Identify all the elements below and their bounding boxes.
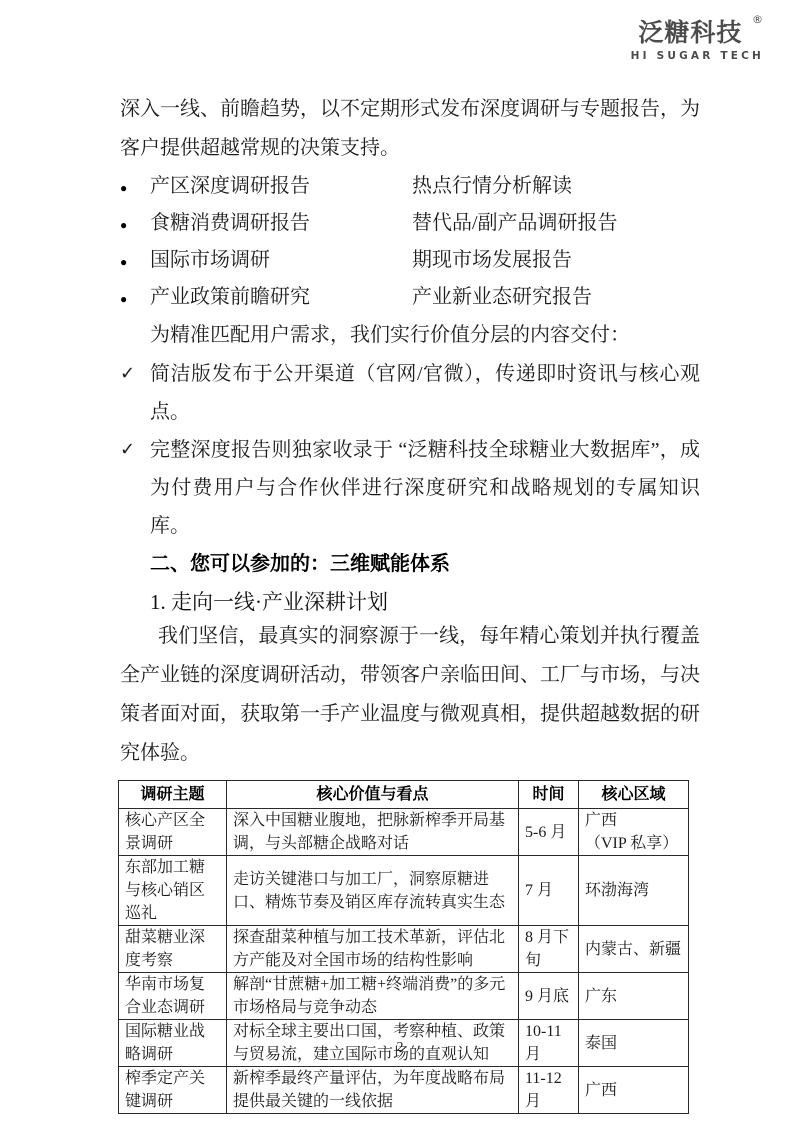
logo-company-name: 泛糖科技 <box>638 18 742 47</box>
list-item: ✓ 完整深度报告则独家收录于 “泛糖科技全球糖业大数据库”，成为付费用户与合作伙… <box>120 431 700 545</box>
registered-trademark-icon: ® <box>752 14 764 25</box>
list-item: ● 产业政策前瞻研究 产业新业态研究报告 <box>120 279 700 316</box>
cell-region: 内蒙古、新疆 <box>579 926 689 973</box>
table-row: 东部加工糖与核心销区巡礼 走访关键港口与加工厂，洞察原糖进口、精炼节奏及销区库存… <box>119 856 689 926</box>
cell-topic: 甜菜糖业深度考察 <box>119 926 227 973</box>
table-row: 华南市场复合业态调研 解剖“甘蔗糖+加工糖+终端消费”的多元市场格局与竞争动态 … <box>119 973 689 1020</box>
cell-value: 走访关键港口与加工厂，洞察原糖进口、精炼节奏及销区库存流转真实生态 <box>227 856 519 926</box>
section-heading: 二、您可以参加的：三维赋能体系 <box>120 549 700 579</box>
list-item: ● 国际市场调研 期现市场发展报告 <box>120 242 700 279</box>
report-type-list: ● 产区深度调研报告 热点行情分析解读 ● 食糖消费调研报告 替代品/副产品调研… <box>120 168 700 316</box>
page-number: 2 <box>0 1040 800 1056</box>
cell-topic: 榨季定产关键调研 <box>119 1067 227 1114</box>
cell-topic: 华南市场复合业态调研 <box>119 973 227 1020</box>
logo-subtitle: HI SUGAR TECH <box>631 50 764 62</box>
table-header-row: 调研主题 核心价值与看点 时间 核心区域 <box>119 781 689 809</box>
column-header-topic: 调研主题 <box>119 781 227 809</box>
report-item-left: 产区深度调研报告 <box>150 168 412 205</box>
program-paragraph: 我们坚信，最真实的洞察源于一线，每年精心策划并执行覆盖全产业链的深度调研活动，带… <box>120 617 700 773</box>
delivery-lead: 为精准匹配用户需求，我们实行价值分层的内容交付： <box>120 316 700 355</box>
cell-region: 环渤海湾 <box>579 856 689 926</box>
subsection-heading: 1. 走向一线·产业深耕计划 <box>120 587 700 617</box>
delivery-item: 完整深度报告则独家收录于 “泛糖科技全球糖业大数据库”，成为付费用户与合作伙伴进… <box>150 431 700 545</box>
column-header-time: 时间 <box>519 781 579 809</box>
report-item-left: 国际市场调研 <box>150 242 412 279</box>
cell-time: 7 月 <box>519 856 579 926</box>
cell-value: 探查甜菜种植与加工技术革新，评估北方产能及对全国市场的结构性影响 <box>227 926 519 973</box>
delivery-list: ✓ 简洁版发布于公开渠道（官网/官微），传递即时资讯与核心观点。 ✓ 完整深度报… <box>120 355 700 545</box>
report-item-right: 期现市场发展报告 <box>412 242 700 279</box>
cell-region: 广西 （VIP 私享） <box>579 809 689 856</box>
report-item-right: 产业新业态研究报告 <box>412 279 700 316</box>
cell-topic: 核心产区全景调研 <box>119 809 227 856</box>
cell-region: 广西 <box>579 1067 689 1114</box>
cell-topic: 东部加工糖与核心销区巡礼 <box>119 856 227 926</box>
table-row: 核心产区全景调研 深入中国糖业腹地，把脉新榨季开局基调，与头部糖企战略对话 5-… <box>119 809 689 856</box>
bullet-icon: ● <box>120 170 150 207</box>
column-header-region: 核心区域 <box>579 781 689 809</box>
cell-region: 广东 <box>579 973 689 1020</box>
report-item-right: 替代品/副产品调研报告 <box>412 205 700 242</box>
report-item-left: 产业政策前瞻研究 <box>150 279 412 316</box>
cell-time: 5-6 月 <box>519 809 579 856</box>
table-row: 甜菜糖业深度考察 探查甜菜种植与加工技术革新，评估北方产能及对全国市场的结构性影… <box>119 926 689 973</box>
check-icon: ✓ <box>120 431 150 545</box>
cell-value: 深入中国糖业腹地，把脉新榨季开局基调，与头部糖企战略对话 <box>227 809 519 856</box>
cell-value: 解剖“甘蔗糖+加工糖+终端消费”的多元市场格局与竞争动态 <box>227 973 519 1020</box>
list-item: ✓ 简洁版发布于公开渠道（官网/官微），传递即时资讯与核心观点。 <box>120 355 700 431</box>
report-item-left: 食糖消费调研报告 <box>150 205 412 242</box>
page-content: 深入一线、前瞻趋势，以不定期形式发布深度调研与专题报告，为客户提供超越常规的决策… <box>120 90 700 1114</box>
bullet-icon: ● <box>120 207 150 244</box>
bullet-icon: ● <box>120 244 150 281</box>
research-schedule-table: 调研主题 核心价值与看点 时间 核心区域 核心产区全景调研 深入中国糖业腹地，把… <box>118 780 689 1114</box>
table-row: 榨季定产关键调研 新榨季最终产量评估，为年度战略布局提供最关键的一线依据 11-… <box>119 1067 689 1114</box>
intro-paragraph: 深入一线、前瞻趋势，以不定期形式发布深度调研与专题报告，为客户提供超越常规的决策… <box>120 90 700 168</box>
list-item: ● 食糖消费调研报告 替代品/副产品调研报告 <box>120 205 700 242</box>
column-header-value: 核心价值与看点 <box>227 781 519 809</box>
cell-value: 新榨季最终产量评估，为年度战略布局提供最关键的一线依据 <box>227 1067 519 1114</box>
cell-time: 11-12 月 <box>519 1067 579 1114</box>
document-page: 泛糖科技 ® HI SUGAR TECH 深入一线、前瞻趋势，以不定期形式发布深… <box>0 0 800 1131</box>
report-item-right: 热点行情分析解读 <box>412 168 700 205</box>
cell-time: 8 月下旬 <box>519 926 579 973</box>
delivery-item: 简洁版发布于公开渠道（官网/官微），传递即时资讯与核心观点。 <box>150 355 700 431</box>
logo-wordmark: 泛糖科技 ® <box>631 20 764 45</box>
cell-time: 9 月底 <box>519 973 579 1020</box>
company-logo: 泛糖科技 ® HI SUGAR TECH <box>631 20 764 62</box>
check-icon: ✓ <box>120 355 150 431</box>
list-item: ● 产区深度调研报告 热点行情分析解读 <box>120 168 700 205</box>
bullet-icon: ● <box>120 281 150 318</box>
